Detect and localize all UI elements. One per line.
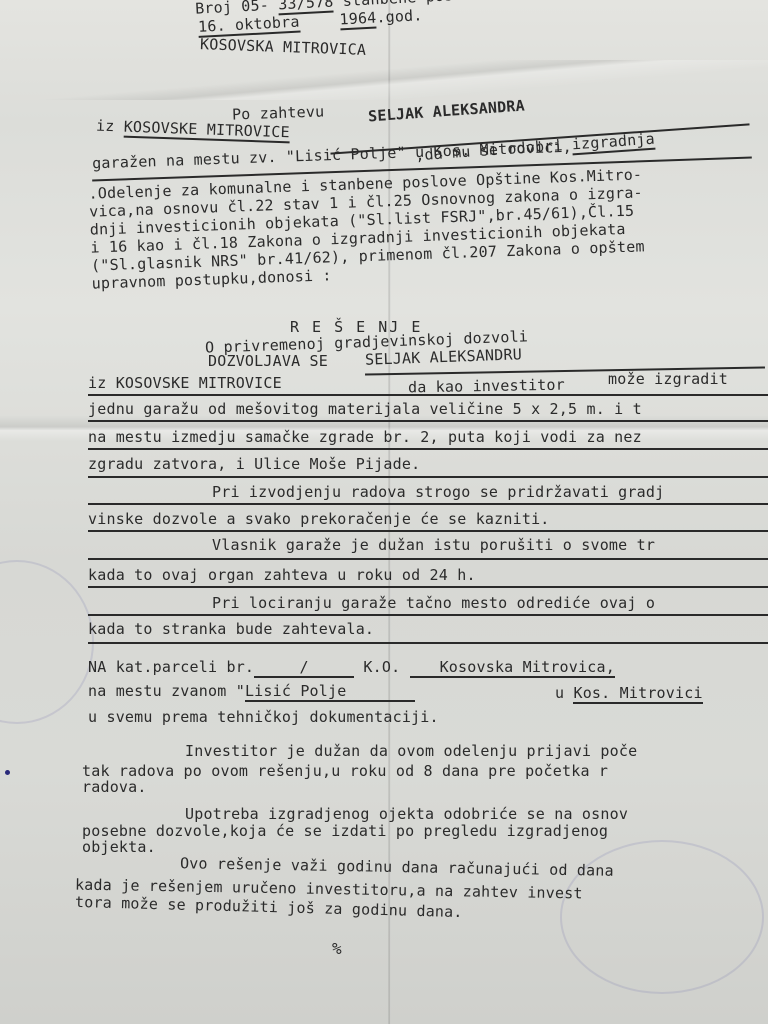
- underline: [88, 476, 768, 478]
- underline: [88, 558, 768, 560]
- body-line: Vlasnik garaže je dužan istu porušiti o …: [212, 536, 655, 554]
- underline: [88, 614, 768, 616]
- underline: [88, 503, 768, 505]
- closing-line: Ovo rešenje važi godinu dana računajući …: [180, 854, 614, 880]
- underline: [88, 530, 768, 532]
- body-line: vinske dozvole a svako prekoračenje će s…: [88, 510, 550, 528]
- request-intro: Po zahtevu: [232, 102, 325, 123]
- body-line: na mestu izmedju samačke zgrade br. 2, p…: [88, 428, 642, 446]
- horizontal-fold-top: [0, 60, 768, 100]
- decision-origin: iz KOSOVSKE MITROVICE: [88, 374, 282, 392]
- body-line: jednu garažu od mešovitog materijala vel…: [88, 400, 642, 418]
- decision-may-build: može izgradit: [608, 370, 728, 388]
- decision-allow: DOZVOLJAVA SE: [208, 352, 328, 370]
- body-line: kada to stranka bude zahtevala.: [88, 620, 374, 638]
- closing-line: tak radova po ovom rešenju,u roku od 8 d…: [82, 762, 608, 780]
- closing-line: Investitor je dužan da ovom odelenju pri…: [185, 742, 637, 760]
- closing-line: Upotreba izgradjenog ojekta odobriće se …: [185, 805, 628, 823]
- parcel-line: NA kat.parceli br./ K.O. Kosovska Mitrov…: [88, 658, 615, 678]
- place-city: u Kos. Mitrovici: [555, 684, 703, 702]
- underline: [88, 394, 768, 396]
- body-line: Pri izvodjenju radova strogo se pridržav…: [212, 483, 664, 501]
- closing-line: objekta.: [82, 838, 156, 856]
- body-line: zgradu zatvora, i Ulice Moše Pijade.: [88, 455, 420, 473]
- underline: [88, 642, 768, 644]
- preamble: .Odelenje za komunalne i stanbene poslov…: [88, 165, 645, 292]
- ink-dot: [5, 770, 10, 775]
- body-line: Pri lociranju garaže tačno mesto odredić…: [212, 594, 655, 612]
- header-city: KOSOVSKA MITROVICA: [200, 35, 367, 59]
- closing-line: posebne dozvole,koja će se izdati po pre…: [82, 822, 608, 840]
- underline: [88, 420, 768, 422]
- applicant-name: SELJAK ALEKSANDRA: [368, 97, 526, 126]
- docs-line: u svemu prema tehničkoj dokumentaciji.: [88, 708, 439, 726]
- document-page: Broj 05- 33/578 stanbene poslove 16. okt…: [0, 0, 768, 1024]
- footer-mark: %: [332, 940, 342, 958]
- underline: [88, 448, 768, 450]
- place-line: na mestu zvanom "Lisić Polje: [88, 682, 415, 702]
- underline: [88, 586, 768, 588]
- closing-line: radova.: [82, 778, 147, 796]
- body-line: kada to ovaj organ zahteva u roku od 24 …: [88, 566, 476, 584]
- faded-stamp-left: [0, 560, 94, 724]
